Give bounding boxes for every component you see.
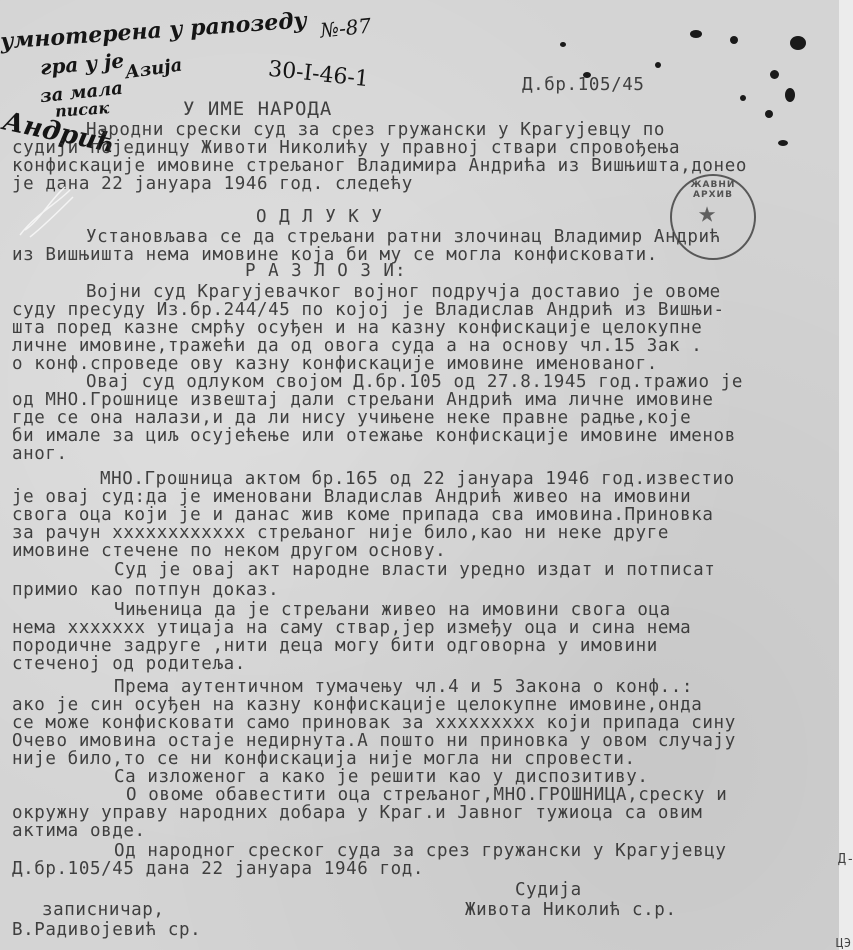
thread-decoration (15, 185, 75, 240)
body-line-29: окружну управу народних добара у Краг.и … (12, 803, 702, 823)
edge-mark-2: ЦЭ (836, 933, 852, 950)
body-line-1: Војни суд Крагујевачког војног подручја … (86, 282, 721, 302)
body-line-2: суду пресуду Из.бр.244/45 по којој је Вл… (12, 300, 725, 320)
body-line-26: није било,то се ни конфискација није мог… (12, 749, 636, 769)
clerk-title: записничар, (42, 900, 165, 920)
body-line-25: Очево имовина остаје недирнута.А пошто н… (12, 731, 736, 751)
decision-line-1: Установљава се да стрељани ратни злочина… (86, 227, 721, 247)
intro-line-3: конфискације имовине стрељаног Владимира… (12, 156, 747, 176)
body-line-32: Д.бр.105/45 дана 22 јануара 1946 год. (12, 859, 424, 879)
body-line-20: породичне задруге ,нити деца могу бити о… (12, 636, 658, 656)
body-line-14: за рачун xxxxxxxxxxxx стрељаног није бил… (12, 523, 669, 543)
body-line-28: О овоме обавестити оца стрељаног,МНО.ГРО… (126, 785, 727, 805)
body-line-10: аног. (12, 444, 68, 464)
body-line-21: стеченој од родитеља. (12, 654, 246, 674)
body-line-4: личне имовине,тражећи да од овога суда а… (12, 336, 702, 356)
star-icon: ★ (698, 198, 716, 228)
judge-title: Судија (515, 880, 582, 900)
reasons-heading: Р А З Л О З И: (245, 261, 407, 281)
clerk-name: В.Радивојевић ср. (12, 920, 201, 940)
document-page: умнотерена у рапозеду гра у је Азија за … (0, 0, 840, 950)
body-line-5: о конф.спроведе ову казну конфискације и… (12, 354, 658, 374)
intro-line-2: судији појединцу Животи Николићу у правн… (12, 138, 680, 158)
handwritten-note-line-3: Азија (124, 54, 190, 84)
body-line-24: се може конфисковати само приновак за xx… (12, 713, 736, 733)
body-line-27: Са изложеног а како је решити као у дисп… (114, 767, 649, 787)
body-line-6: Овај суд одлуком својом Д.бр.105 од 27.8… (86, 372, 743, 392)
body-line-17: примио као потпун доказ. (12, 580, 279, 600)
handwritten-note-line-2: гра у је (39, 48, 125, 79)
handwritten-note-line-1: умнотерена у рапозеду (0, 7, 308, 54)
decision-heading: О Д Л У К У (256, 207, 383, 227)
body-line-30: актима овде. (12, 821, 146, 841)
body-line-3: шта поред казне смрћу осуђен и на казну … (12, 318, 702, 338)
handwritten-reference-number: №-87 (319, 13, 372, 42)
body-line-7: од МНО.Грошнице извештај дали стрељани А… (12, 390, 714, 410)
body-line-11: МНО.Грошница актом бр.165 од 22 јануара … (100, 469, 735, 489)
body-line-22: Према аутентичном тумачењу чл.4 и 5 Зако… (114, 677, 693, 697)
case-number: Д.бр.105/45 (522, 75, 645, 95)
body-line-19: нема xxxxxxx утицаја на саму ствар,јер и… (12, 618, 691, 638)
document-title: У ИМЕ НАРОДА (183, 99, 332, 119)
body-line-12: је овај суд:да је именовани Владислав Ан… (12, 487, 691, 507)
judge-name: Живота Николић с.р. (465, 900, 677, 920)
body-line-13: свога оца који је и данас жив коме припа… (12, 505, 714, 525)
body-line-31: Од народног среског суда за срез гружанс… (114, 841, 726, 861)
body-line-18: Чињеница да је стрељани живео на имовини… (114, 600, 671, 620)
handwritten-date: 30-I-46-1 (267, 57, 370, 92)
body-line-23: ако је син осуђен на казну конфискације … (12, 695, 702, 715)
body-line-8: где се она налази,и да ли нису учињене н… (12, 408, 691, 428)
body-line-9: би имале за циљ осујећење или отежање ко… (12, 426, 736, 446)
body-line-16: Суд је овај акт народне власти уредно из… (114, 560, 715, 580)
body-line-15: имовине стечене по неком другом основу. (12, 541, 446, 561)
page-edge-strip (839, 0, 853, 950)
archive-stamp: ЖАВНИ АРХИВ ★ (670, 174, 756, 260)
intro-line-1: Народни срески суд за срез гружански у К… (86, 120, 665, 140)
edge-mark-1: Д- (838, 850, 853, 870)
